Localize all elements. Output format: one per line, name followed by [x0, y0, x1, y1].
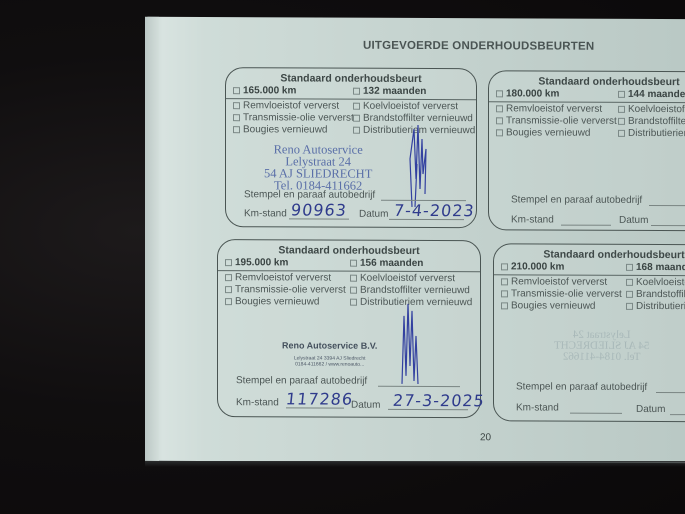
ghost-stamp-bleedthrough: Lelystraat 24 54 AJ SLIEDRECHT Tel. 0184… [554, 330, 649, 363]
page-shadow [145, 461, 685, 467]
checkbox[interactable] [353, 88, 360, 95]
km-value-handwritten: 117286 [285, 389, 354, 408]
checkbox-item-coolant[interactable]: Koelvloeistof ververst [618, 104, 685, 115]
garage-stamp: Reno Autoservice B.V. Lelystraat 24 3394… [282, 340, 377, 367]
checkbox-item-coolant[interactable]: Koelvloeistof ververst [350, 273, 455, 284]
card-title: Standaard onderhoudsbeurt [494, 248, 685, 261]
stamp-label: Stempel en paraaf autobedrijf [244, 189, 375, 201]
checkbox[interactable] [233, 114, 240, 121]
date-value-handwritten: 27-3-2025 [392, 391, 486, 410]
checkbox-item-timing-belt[interactable]: Distributieriem vernieuwd [618, 128, 685, 140]
checkbox[interactable] [496, 105, 503, 112]
km-checkbox-item[interactable]: 180.000 km [496, 88, 559, 99]
checkbox[interactable] [350, 287, 357, 294]
date-label: Datum [619, 215, 648, 226]
checkbox[interactable] [501, 290, 508, 297]
checkbox[interactable] [501, 263, 508, 270]
km-label: Km-stand [516, 402, 559, 413]
checkbox[interactable] [353, 103, 360, 110]
card-head-row: 210.000 km 168 maanden [501, 261, 685, 274]
stamp-signature-line [649, 205, 685, 206]
date-value-handwritten: 7-4-2023 [393, 201, 476, 220]
checkbox[interactable] [233, 126, 240, 133]
checkbox[interactable] [353, 115, 360, 122]
checkbox-item-transmission-oil[interactable]: Transmissie-olie ververst [233, 112, 354, 124]
checkbox-item-coolant[interactable]: Koelvloeistof ververst [353, 101, 458, 112]
service-card-195000: Standaard onderhoudsbeurt 195.000 km 156… [217, 239, 481, 418]
checkbox-item-fuel-filter[interactable]: Brandstoffilter vernieuwd [626, 289, 685, 301]
booklet-page: UITGEVOERDE ONDERHOUDSBEURTEN Standaard … [145, 17, 685, 463]
checkbox[interactable] [496, 90, 503, 97]
stamp-label: Stempel en paraaf autobedrijf [236, 375, 367, 387]
checkbox[interactable] [225, 298, 232, 305]
stamp-label: Stempel en paraaf autobedrijf [516, 381, 647, 393]
checkbox[interactable] [618, 91, 625, 98]
checkbox[interactable] [233, 87, 240, 94]
checkbox[interactable] [225, 274, 232, 281]
km-checkbox-item[interactable]: 165.000 km [233, 85, 296, 96]
checkbox[interactable] [350, 275, 357, 282]
checkbox-item-transmission-oil[interactable]: Transmissie-olie ververst [501, 288, 622, 300]
date-label: Datum [351, 400, 380, 411]
card-head-row: 180.000 km 144 maanden [496, 88, 685, 101]
checkbox-item-fuel-filter[interactable]: Brandstoffilter vernieuwd [350, 285, 470, 297]
checkbox-item-fuel-filter[interactable]: Brandstoffilter vernieuwd [618, 116, 685, 128]
checkbox-item-transmission-oil[interactable]: Transmissie-olie ververst [225, 284, 346, 296]
checkbox[interactable] [350, 299, 357, 306]
km-field[interactable] [570, 413, 622, 414]
checkbox[interactable] [353, 127, 360, 134]
checkbox-item-brake-fluid[interactable]: Remvloeistof ververst [233, 100, 339, 111]
page-binding-edge [145, 17, 159, 461]
checkbox[interactable] [626, 291, 633, 298]
checkbox-item-spark-plugs[interactable]: Bougies vernieuwd [501, 300, 596, 311]
checkbox-item-spark-plugs[interactable]: Bougies vernieuwd [496, 127, 591, 138]
date-label: Datum [359, 209, 388, 220]
checkbox[interactable] [496, 117, 503, 124]
checkbox-item-timing-belt[interactable]: Distributieriem vernieuwd [626, 301, 685, 313]
checkbox-item-spark-plugs[interactable]: Bougies vernieuwd [225, 296, 320, 307]
km-checkbox-item[interactable]: 210.000 km [501, 261, 564, 272]
signature-scribble [398, 296, 420, 386]
km-value-handwritten: 90963 [290, 200, 348, 219]
service-card-180000: Standaard onderhoudsbeurt 180.000 km 144… [488, 70, 685, 231]
km-checkbox-item[interactable]: 195.000 km [225, 257, 288, 268]
months-checkbox-item[interactable]: 168 maanden [626, 262, 685, 273]
checkbox-item-spark-plugs[interactable]: Bougies vernieuwd [233, 124, 328, 135]
checkbox[interactable] [225, 286, 232, 293]
date-field[interactable] [670, 414, 685, 415]
checkbox[interactable] [618, 106, 625, 113]
date-label: Datum [636, 404, 665, 415]
service-card-165000: Standaard onderhoudsbeurt 165.000 km 132… [225, 67, 477, 228]
card-title: Standaard onderhoudsbeurt [218, 244, 480, 257]
checkbox[interactable] [233, 102, 240, 109]
signature-scribble [406, 119, 428, 209]
checkbox[interactable] [350, 260, 357, 267]
checkbox[interactable] [501, 278, 508, 285]
checkbox[interactable] [626, 279, 633, 286]
checkbox-item-transmission-oil[interactable]: Transmissie-olie ververst [496, 115, 617, 127]
checkbox[interactable] [225, 259, 232, 266]
months-checkbox-item[interactable]: 132 maanden [353, 86, 426, 97]
stamp-label: Stempel en paraaf autobedrijf [511, 194, 642, 206]
card-title: Standaard onderhoudsbeurt [489, 75, 685, 88]
page-number: 20 [480, 432, 491, 443]
checkbox[interactable] [496, 129, 503, 136]
checkbox-item-brake-fluid[interactable]: Remvloeistof ververst [501, 276, 607, 287]
checkbox[interactable] [626, 264, 633, 271]
stamp-signature-line [378, 386, 460, 387]
card-head-row: 195.000 km 156 maanden [225, 257, 480, 270]
page-heading: UITGEVOERDE ONDERHOUDSBEURTEN [363, 40, 594, 53]
checkbox[interactable] [501, 302, 508, 309]
checkbox-item-brake-fluid[interactable]: Remvloeistof ververst [496, 103, 602, 114]
months-checkbox-item[interactable]: 144 maanden [618, 89, 685, 100]
checkbox[interactable] [626, 303, 633, 310]
service-card-210000: Standaard onderhoudsbeurt 210.000 km 168… [493, 243, 685, 422]
checkbox-item-coolant[interactable]: Koelvloeistof ververst [626, 277, 685, 288]
checkbox-item-brake-fluid[interactable]: Remvloeistof ververst [225, 272, 331, 283]
garage-stamp: Reno Autoservice Lelystraat 24 54 AJ SLI… [264, 143, 372, 191]
card-head-row: 165.000 km 132 maanden [233, 85, 476, 98]
months-checkbox-item[interactable]: 156 maanden [350, 258, 423, 269]
date-field[interactable] [651, 225, 685, 226]
stamp-signature-line [656, 392, 685, 393]
checkbox[interactable] [618, 118, 625, 125]
km-label: Km-stand [244, 208, 287, 219]
checkbox[interactable] [618, 130, 625, 137]
card-title: Standaard onderhoudsbeurt [226, 72, 476, 85]
km-label: Km-stand [236, 397, 279, 408]
km-label: Km-stand [511, 214, 554, 225]
km-field[interactable] [561, 225, 611, 226]
